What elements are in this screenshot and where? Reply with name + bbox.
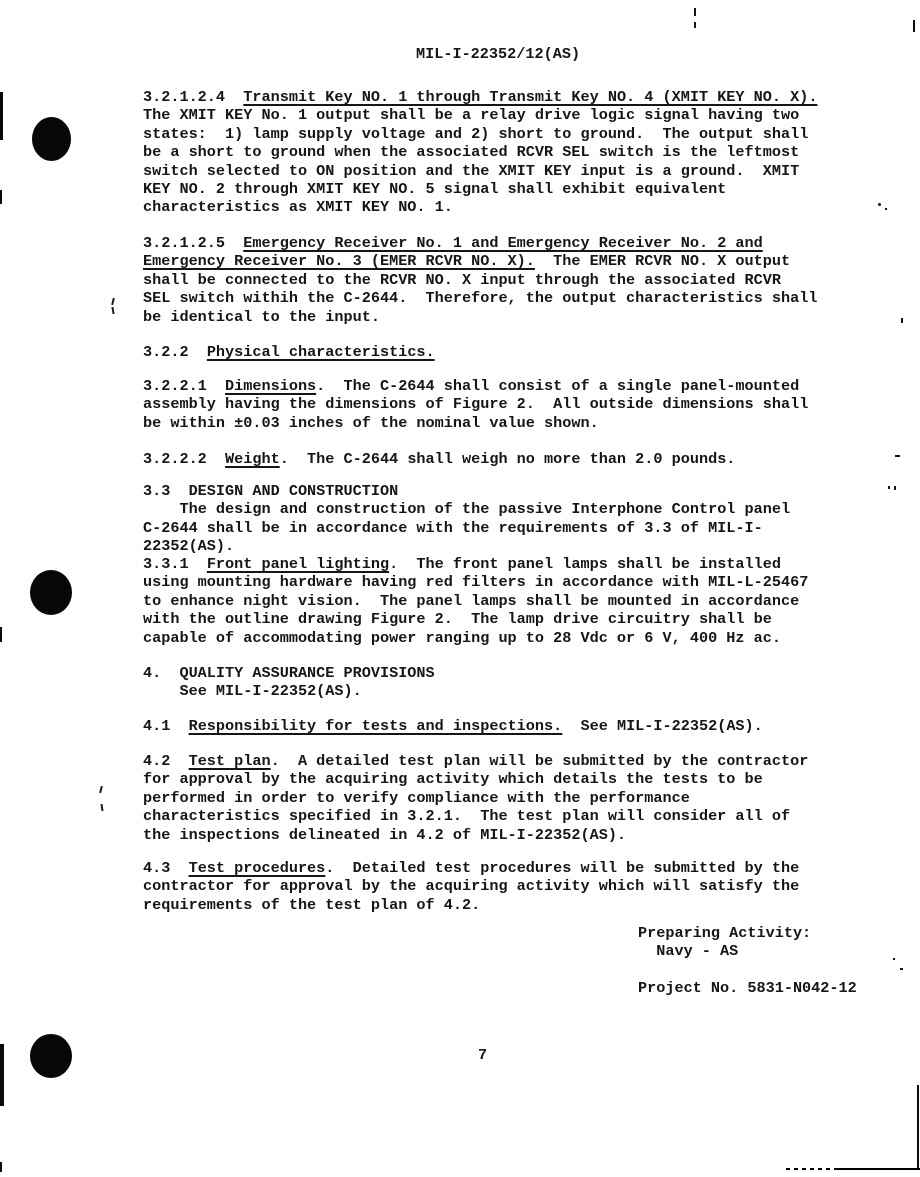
scan-edge-artifact <box>913 20 915 32</box>
scan-edge-artifact <box>0 190 2 204</box>
section-title: Test plan <box>189 752 271 770</box>
section-3.2.2.2-weight: 3.2.2.2 Weight. The C-2644 shall weigh n… <box>143 450 843 468</box>
scan-speck <box>893 958 895 960</box>
section-title: Physical characteristics. <box>207 343 435 361</box>
scan-speck <box>694 22 696 28</box>
section-number: 4.2 <box>143 752 189 770</box>
scan-dashed-line-artifact <box>786 1168 836 1170</box>
document-header: MIL-I-22352/12(AS) <box>416 45 580 63</box>
section-number: 3.2.2.2 <box>143 450 225 468</box>
section-3.3.1-front-panel-lighting: 3.3.1 Front panel lighting. The front pa… <box>143 555 843 647</box>
section-number: 3.2.2 <box>143 343 207 361</box>
section-title: Front panel lighting <box>207 555 389 573</box>
section-4.3-test-procedures: 4.3 Test procedures. Detailed test proce… <box>143 859 843 914</box>
section-body: See MIL-I-22352(AS). <box>562 717 763 735</box>
section-3.2.1.2.5-emergency-receiver: 3.2.1.2.5 Emergency Receiver No. 1 and E… <box>143 234 843 326</box>
section-body: See MIL-I-22352(AS). <box>143 682 362 700</box>
scan-speck <box>895 455 900 457</box>
margin-mark <box>99 786 103 793</box>
scan-edge-artifact <box>917 1085 919 1170</box>
section-number: 4.3 <box>143 859 189 877</box>
page-number: 7 <box>478 1046 487 1064</box>
margin-mark <box>111 298 115 305</box>
hole-punch-mark <box>32 117 71 161</box>
section-title: Dimensions <box>225 377 316 395</box>
scan-edge-artifact <box>0 627 2 642</box>
section-3.3-design-and-construction: 3.3 DESIGN AND CONSTRUCTION The design a… <box>143 482 843 556</box>
section-body: The XMIT KEY No. 1 output shall be a rel… <box>143 106 808 216</box>
scan-solid-line-artifact <box>836 1168 920 1170</box>
margin-mark <box>101 804 104 811</box>
section-number: 3.2.1.2.5 <box>143 234 243 252</box>
section-title: Test procedures <box>189 859 326 877</box>
section-number: 4. QUALITY ASSURANCE PROVISIONS <box>143 664 435 682</box>
section-3.2.2-physical-characteristics: 3.2.2 Physical characteristics. <box>143 343 843 361</box>
section-body: . The C-2644 shall weigh no more than 2.… <box>280 450 736 468</box>
section-4.1-responsibility: 4.1 Responsibility for tests and inspect… <box>143 717 843 735</box>
scan-speck <box>888 486 890 489</box>
scan-speck <box>901 318 903 323</box>
section-number: 3.2.2.1 <box>143 377 225 395</box>
scan-edge-artifact <box>0 1162 2 1172</box>
section-4-quality-assurance: 4. QUALITY ASSURANCE PROVISIONS See MIL-… <box>143 664 843 701</box>
section-number: 3.3.1 <box>143 555 207 573</box>
hole-punch-mark <box>30 570 72 615</box>
scan-speck <box>894 486 896 490</box>
scan-edge-artifact <box>0 92 3 140</box>
hole-punch-mark <box>30 1034 72 1078</box>
section-title: Transmit Key NO. 1 through Transmit Key … <box>243 88 817 106</box>
section-number: 4.1 <box>143 717 189 735</box>
scan-speck <box>900 968 903 970</box>
section-4.2-test-plan: 4.2 Test plan. A detailed test plan will… <box>143 752 843 844</box>
margin-mark <box>111 307 114 314</box>
section-title: Responsibility for tests and inspections… <box>189 717 563 735</box>
section-number: 3.3 DESIGN AND CONSTRUCTION <box>143 482 398 500</box>
scan-speck <box>885 208 887 210</box>
scan-speck <box>694 8 696 16</box>
section-body: The design and construction of the passi… <box>143 500 790 555</box>
section-3.2.2.1-dimensions: 3.2.2.1 Dimensions. The C-2644 shall con… <box>143 377 843 432</box>
section-title: Weight <box>225 450 280 468</box>
scan-speck <box>878 203 881 206</box>
section-3.2.1.2.4-transmit-key: 3.2.1.2.4 Transmit Key NO. 1 through Tra… <box>143 88 843 217</box>
section-number: 3.2.1.2.4 <box>143 88 243 106</box>
document-page: MIL-I-22352/12(AS) 3.2.1.2.4 Transmit Ke… <box>0 0 920 1177</box>
scan-edge-artifact <box>0 1044 4 1106</box>
preparing-activity-block: Preparing Activity: Navy - AS Project No… <box>638 924 857 998</box>
